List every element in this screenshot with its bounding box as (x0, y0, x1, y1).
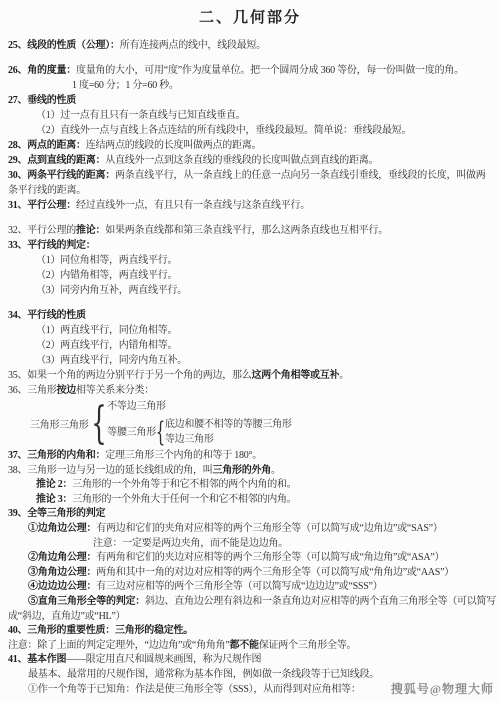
item-38-corollary-3: 推论 3：三角形的一个外角大于任何一个和它不相邻的内角。 (8, 493, 492, 508)
item-33-sub-1: （1）同位角相等，两直线平行。 (8, 253, 492, 268)
item-35: 35、如果一个角的两边分别平行于另一个角的两边，那么这两个角相等或互补。 (8, 368, 492, 383)
subbranch-equilateral: 等边三角形 (165, 433, 292, 447)
item-28: 28、两点的距离：连结两点的线段的长度叫做两点的距离。 (8, 138, 492, 153)
item-40: 40、三角形的重要性质：三角形的稳定性。 (8, 624, 492, 639)
item-32: 32、平行公理的推论：如果两条直线都和第三条直线平行，那么这两条直线也互相平行。 (8, 223, 492, 238)
branch-scalene: 不等边三角形 (107, 400, 291, 414)
item-38-corollary-2: 推论 2：三角形的一个外角等于和它不相邻的两个内角的和。 (8, 478, 492, 493)
watermark: 搜狐号@物理大师 (391, 680, 494, 697)
item-33-sub-2: （2）内错角相等，两直线平行。 (8, 268, 492, 283)
item-34-sub-3: （3）两直线平行，同旁内角互补。 (8, 353, 492, 368)
page-title: 二、几何部分 (8, 8, 492, 28)
item-30: 30、两条平行线的距离：两条直线平行，从一条直线上的任意一点向另一条直线引垂线，… (8, 168, 492, 183)
document-page: 二、几何部分 25、线段的性质（公理）：所有连接两点的线中，线段最短。26、角的… (0, 0, 500, 702)
item-39-5: ⑤直角三角形全等的判定：斜边、直角边公理有斜边和一条直角边对应相等的两个直角三角… (8, 595, 492, 610)
item-34-sub-1: （1）两直线平行，同位角相等。 (8, 323, 492, 338)
diagram-label: 三角形三角形 (30, 416, 89, 431)
item-39: 39、全等三角形的判定 (8, 507, 492, 522)
item-41: 41、基本作图——限定用直尺和圆规来画图，称为尺规作图 (8, 653, 492, 668)
isosceles-label: 等腰三角形 (107, 426, 156, 440)
content-top: 25、线段的性质（公理）：所有连接两点的线中，线段最短。26、角的度量：度量角的… (8, 38, 492, 398)
item-39-5-cont: 成“斜边，直角边”或“HL”） (8, 610, 492, 625)
item-38: 38、三角形一边与另一边的延长线组成的角，叫三角形的外角。 (8, 464, 492, 479)
item-40-note: 注意：除了上面的判定定理外，“边边角”或“角角角”都不能保证两个三角形全等。 (8, 639, 492, 654)
diagram-branches: 不等边三角形 等腰三角形 { 底边和腰不相等的等腰三角形 等边三角形 (107, 400, 291, 447)
item-33: 33、平行线的判定： (8, 238, 492, 253)
item-36: 36、三角形按边相等关系来分类： (8, 383, 492, 398)
subbranch-isosceles-unequal: 底边和腰不相等的等腰三角形 (165, 418, 292, 432)
item-29: 29、点到直线的距离：从直线外一点到这条直线的垂线段的长度叫做点到直线的距离。 (8, 153, 492, 168)
item-33-sub-3: （3）同旁内角互补，两直线平行。 (8, 283, 492, 298)
item-39-4: ④边边边公理：有三边对应相等的两个三角形全等（可以简写成“边边边”或“SSS”） (8, 580, 492, 595)
item-39-2: ②角边角公理：有两角和它们的夹边对应相等的两个三角形全等（可以简写成“角边角”或… (8, 551, 492, 566)
item-27-sub-1: （1）过一点有且只有一条直线与已知直线垂直。 (8, 108, 492, 123)
item-34-sub-2: （2）两直线平行，内错角相等。 (8, 338, 492, 353)
outer-brace: { (91, 402, 106, 446)
item-30-cont: 条平行线的距离。 (8, 183, 492, 198)
item-27-sub-2: （2）直线外一点与直线上各点连结的所有线段中，垂线段最短。简单说：垂线段最短。 (8, 123, 492, 138)
isosceles-subbranches: 底边和腰不相等的等腰三角形 等边三角形 (165, 418, 292, 447)
item-31: 31、平行公理：经过直线外一点，有且只有一条直线与这条直线平行。 (8, 198, 492, 213)
inner-brace: { (156, 419, 165, 446)
item-27: 27、垂线的性质 (8, 93, 492, 108)
item-34: 34、平行线的性质 (8, 308, 492, 323)
item-39-1-note: 注意：一定要是两边夹角，而不能是边边角。 (8, 537, 492, 552)
item-37: 37、三角形的内角和：定理三角形三个内角的和等于 180°。 (8, 449, 492, 464)
item-39-1: ①边角边公理：有两边和它们的夹角对应相等的两个三角形全等（可以简写成“边角边”或… (8, 522, 492, 537)
item-25: 25、线段的性质（公理）：所有连接两点的线中，线段最短。 (8, 38, 492, 53)
item-39-3: ③角角边公理：两角和其中一角的对边对应相等的两个三角形全等（可以简写成“角角边”… (8, 566, 492, 581)
item-26-cont: 1 度=60 分；1 分=60 秒。 (8, 78, 492, 93)
content-bottom: 37、三角形的内角和：定理三角形三个内角的和等于 180°。38、三角形一边与另… (8, 449, 492, 697)
triangle-classification-diagram: 三角形三角形 { 不等边三角形 等腰三角形 { 底边和腰不相等的等腰三角形 等边… (8, 400, 492, 447)
item-26: 26、角的度量：度量角的大小，可用“度”作为度量单位。把一个圆周分成 360 等… (8, 63, 492, 78)
branch-isosceles: 等腰三角形 { 底边和腰不相等的等腰三角形 等边三角形 (107, 418, 291, 447)
